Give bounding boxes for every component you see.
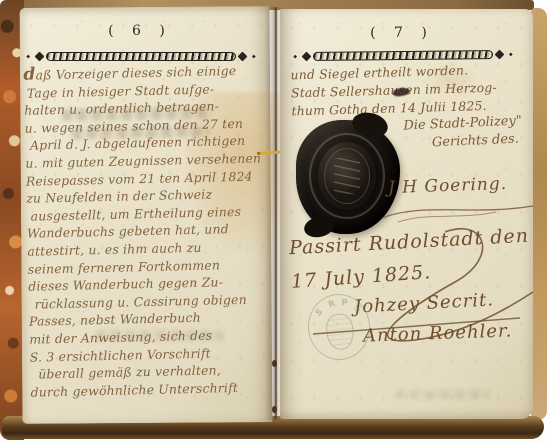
rule-finial-icon — [35, 52, 45, 62]
rule-finial-icon — [302, 52, 312, 62]
photograph-of-open-wanderbuch: ( 6 ) daß Vorzeiger dieses sich einige T… — [0, 0, 550, 445]
binding-stitch — [272, 360, 277, 367]
right-page-manuscript: und Siegel ertheilt worden. Stadt Seller… — [290, 60, 533, 120]
rule-finial-icon — [495, 50, 505, 60]
ornamental-rule-left — [36, 50, 246, 63]
left-page-manuscript: daß Vorzeiger dieses sich einige Tage in… — [23, 61, 273, 401]
rule-finial-icon — [238, 52, 248, 62]
ink-bleed-through — [395, 390, 490, 399]
goering-signature: J H Goering. — [388, 174, 508, 198]
rule-bar — [313, 50, 493, 61]
page-number-right: ( 7 ) — [302, 25, 502, 41]
binding-stitch — [272, 406, 277, 413]
rule-bar — [46, 52, 236, 61]
gutter-crease — [275, 8, 277, 418]
stamp-letter: P — [341, 298, 348, 308]
book-right-page-edge — [531, 8, 547, 420]
stamp-crest — [325, 313, 356, 352]
page-number-left: ( 6 ) — [36, 23, 244, 39]
seal-monogram — [334, 158, 360, 194]
attestation-block: Die Stadt-Polizey" Gerichts des. — [389, 113, 536, 152]
stamp-letter: R — [327, 299, 336, 311]
open-book: ( 6 ) daß Vorzeiger dieses sich einige T… — [0, 0, 550, 445]
stamp-letter: S — [314, 307, 325, 319]
stamp-letter: S — [352, 303, 362, 315]
